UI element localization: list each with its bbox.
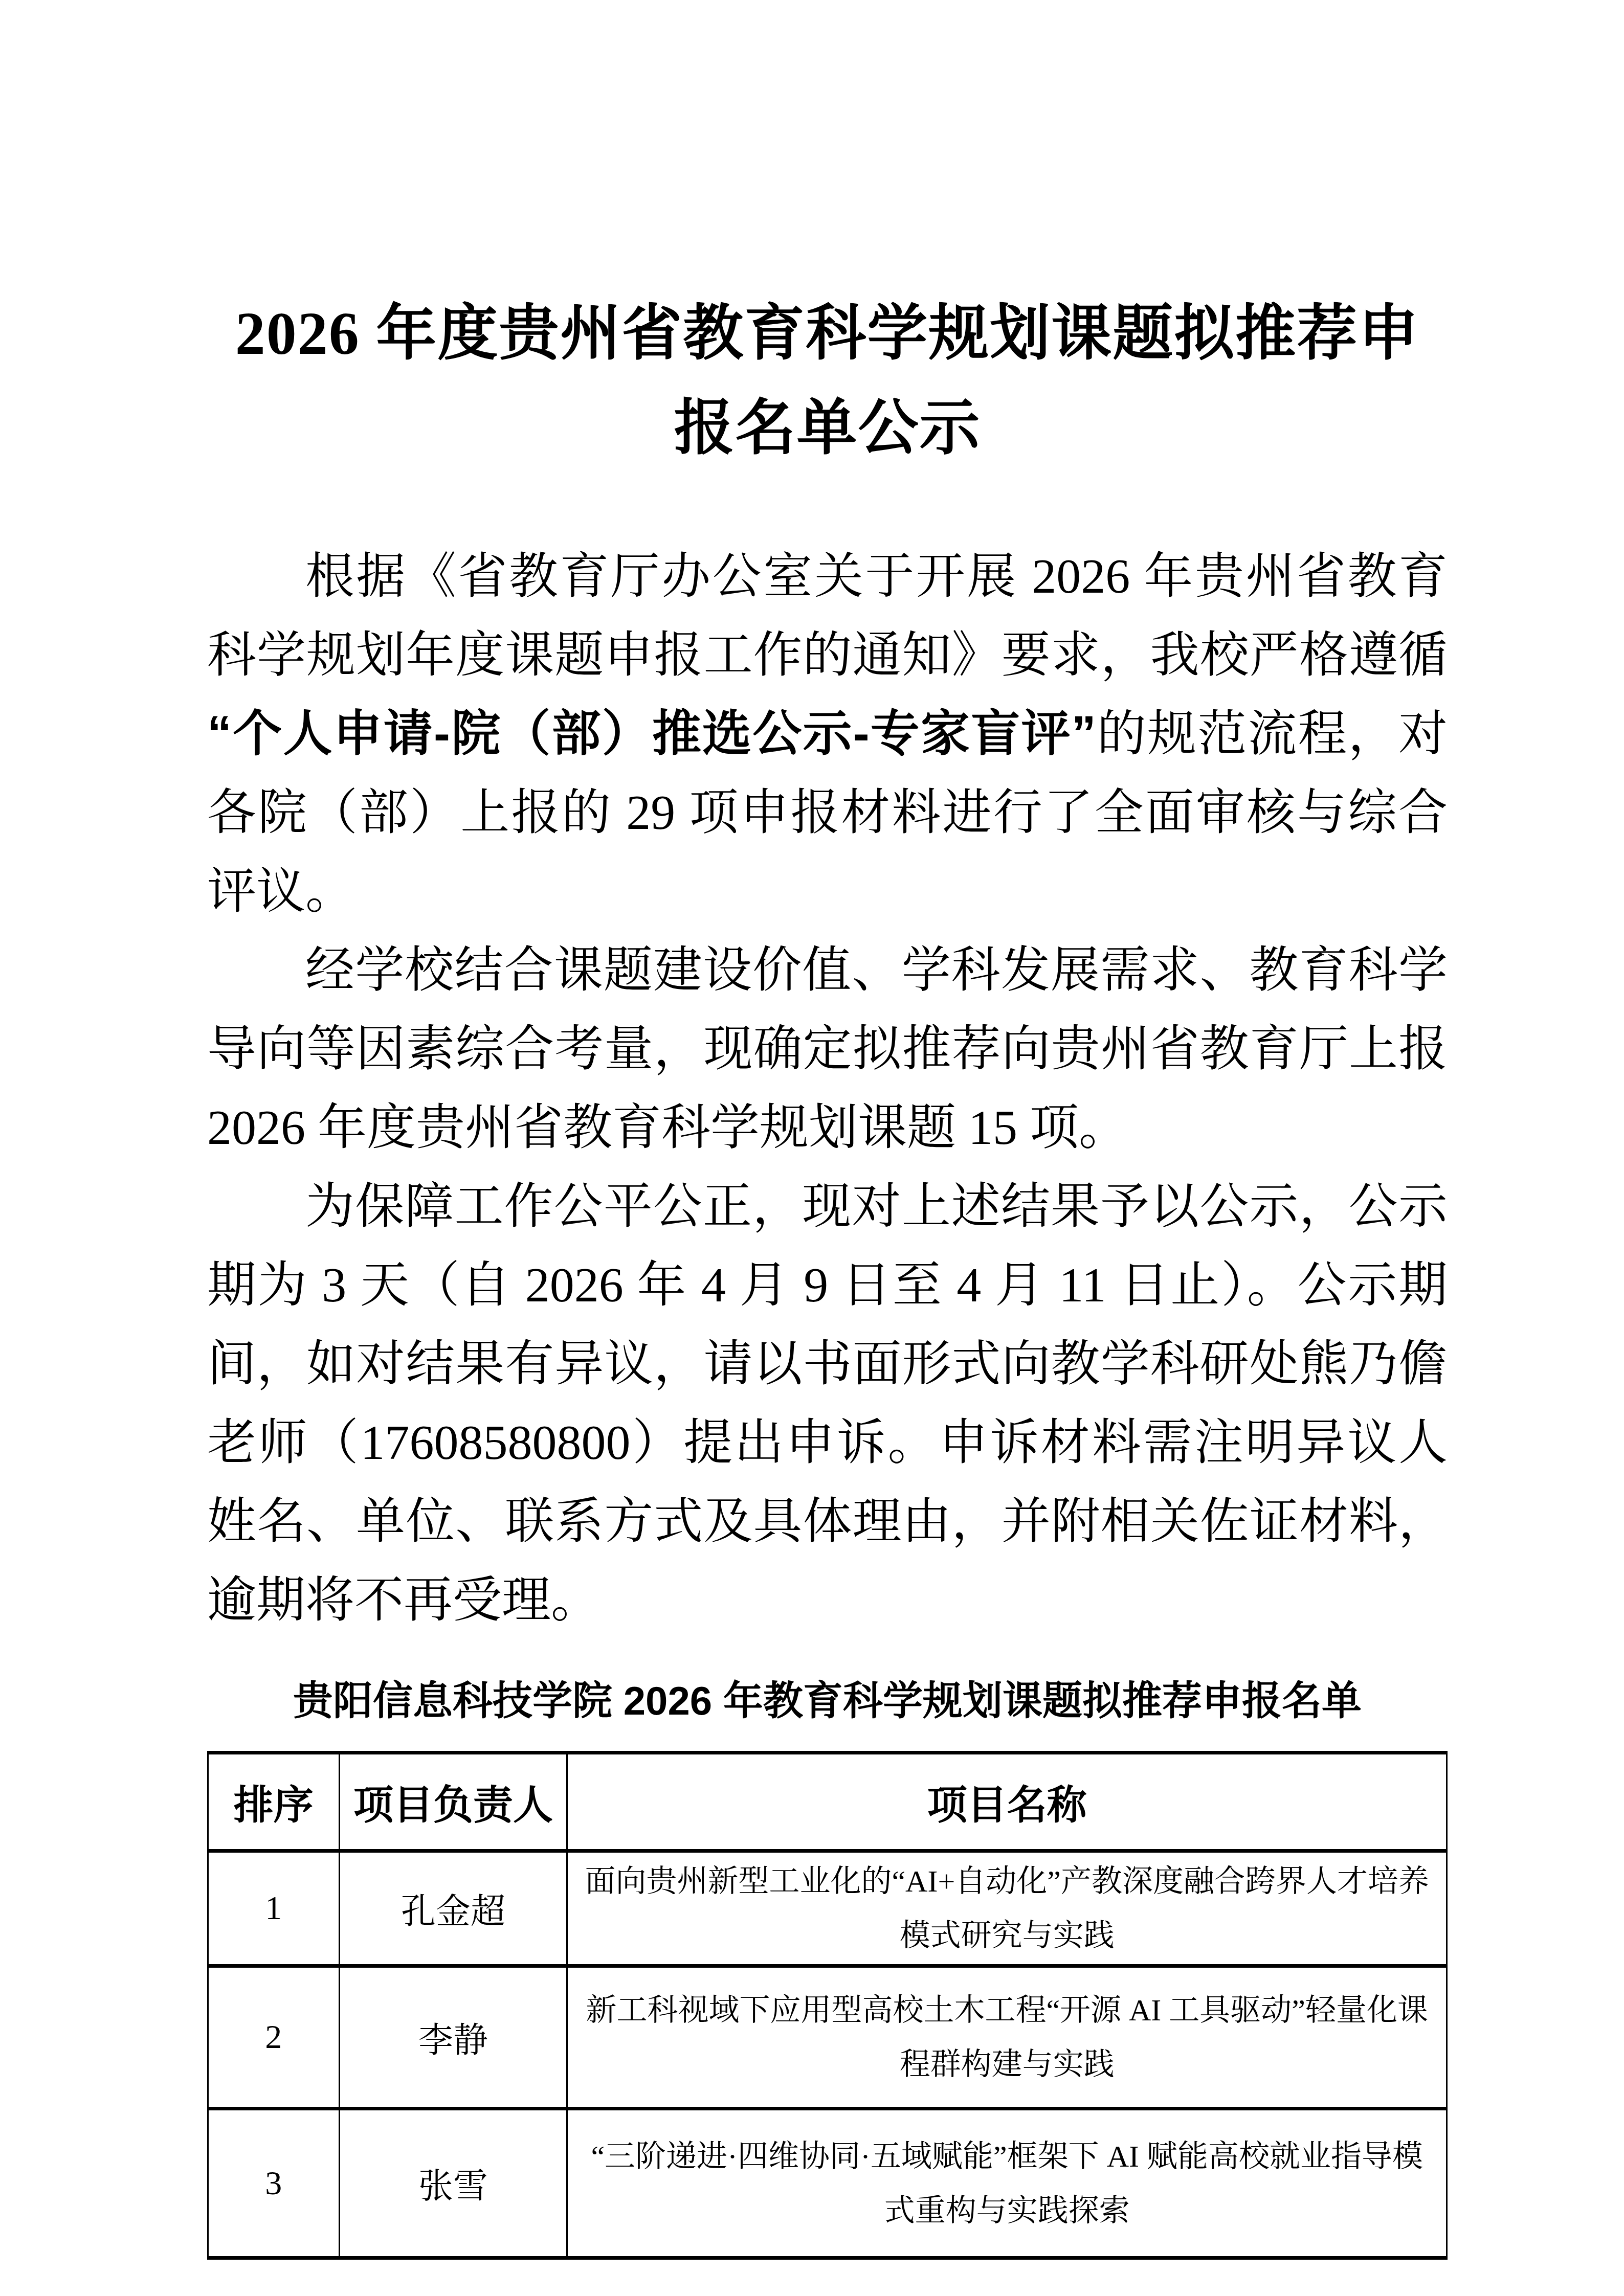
table-row: 3 张雪 “三阶递进·四维协同·五域赋能”框架下 AI 赋能高校就业指导模式重构… <box>208 2109 1447 2258</box>
document-root: { "meta": { "colors": { "text": "#000000… <box>0 0 1624 2296</box>
project-name-cell: 面向贵州新型工业化的“AI+自动化”产教深度融合跨界人才培养模式研究与实践 <box>567 1851 1447 1966</box>
projects-table: 排序 项目负责人 项目名称 1 孔金超 面向贵州新型工业化的“AI+自动化”产教… <box>207 1751 1448 2260</box>
header-row: 排序 项目负责人 项目名称 <box>208 1753 1447 1851</box>
document-page: 2026 年度贵州省教育科学规划课题拟推荐申 报名单公示 根据《省教育厅办公室关… <box>0 0 1624 2296</box>
page-title-line-1: 2026 年度贵州省教育科学规划课题拟推荐申 <box>235 300 1420 367</box>
page-title-line-2: 报名单公示 <box>674 395 981 462</box>
header-project-name: 项目名称 <box>567 1753 1447 1851</box>
paragraph-1: 根据《省教育厅办公室关于开展 2026 年贵州省教育科学规划年度课题申报工作的通… <box>207 537 1448 931</box>
project-name-cell: “三阶递进·四维协同·五域赋能”框架下 AI 赋能高校就业指导模式重构与实践探索 <box>567 2109 1447 2258</box>
leader-cell: 李静 <box>339 1966 567 2109</box>
paragraph-1-text-pre: 根据《省教育厅办公室关于开展 2026 年贵州省教育科学规划年度课题申报工作的通… <box>207 549 1448 682</box>
leader-cell: 孔金超 <box>339 1851 567 1966</box>
paragraph-2: 经学校结合课题建设价值、学科发展需求、教育科学导向等因素综合考量，现确定拟推荐向… <box>207 931 1448 1167</box>
rank-cell: 2 <box>208 1966 340 2109</box>
header-rank: 排序 <box>208 1753 340 1851</box>
table-row: 2 李静 新工科视域下应用型高校土木工程“开源 AI 工具驱动”轻量化课程群构建… <box>208 1966 1447 2109</box>
paragraph-1-bold-process: “个人申请-院（部）推选公示-专家盲评” <box>207 706 1096 761</box>
paragraph-3: 为保障工作公平公正，现对上述结果予以公示，公示期为 3 天（自 2026 年 4… <box>207 1167 1448 1639</box>
page-title: 2026 年度贵州省教育科学规划课题拟推荐申 报名单公示 <box>207 286 1448 476</box>
leader-cell: 张雪 <box>339 2109 567 2258</box>
projects-table-body: 1 孔金超 面向贵州新型工业化的“AI+自动化”产教深度融合跨界人才培养模式研究… <box>208 1851 1447 2258</box>
table-row: 1 孔金超 面向贵州新型工业化的“AI+自动化”产教深度融合跨界人才培养模式研究… <box>208 1851 1447 1966</box>
projects-table-header: 排序 项目负责人 项目名称 <box>208 1753 1447 1851</box>
rank-cell: 3 <box>208 2109 340 2258</box>
table-caption: 贵阳信息科技学院 2026 年教育科学规划课题拟推荐申报名单 <box>207 1675 1448 1726</box>
rank-cell: 1 <box>208 1851 340 1966</box>
project-name-cell: 新工科视域下应用型高校土木工程“开源 AI 工具驱动”轻量化课程群构建与实践 <box>567 1966 1447 2109</box>
header-leader: 项目负责人 <box>339 1753 567 1851</box>
document-body: 根据《省教育厅办公室关于开展 2026 年贵州省教育科学规划年度课题申报工作的通… <box>207 537 1448 1639</box>
